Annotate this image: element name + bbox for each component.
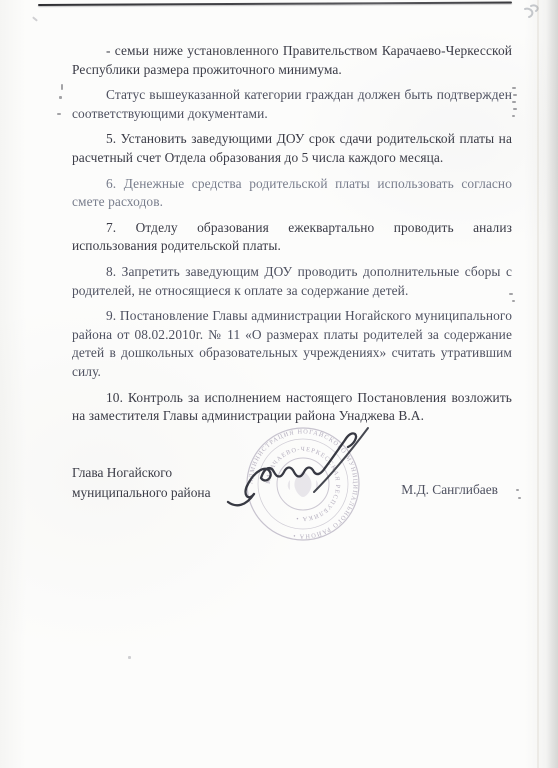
scan-artifact [518,497,521,499]
paragraph: Статус вышеуказанной категории граждан д… [72,86,512,123]
seal-and-signature: АДМИНИСТРАЦИЯ НОГАЙСКОГО МУНИЦИПАЛЬНОГО … [218,414,388,554]
scan-artifact [509,293,513,295]
scan-artifact [512,115,515,117]
scan-artifact [512,300,515,302]
paper-crease [537,0,539,768]
document-body: - семьи ниже установленного Правительств… [72,42,512,433]
scan-artifact [513,94,517,96]
paragraph: 7. Отделу образования ежеквартально пров… [72,219,512,256]
paragraph: 8. Запретить заведующим ДОУ проводить до… [72,263,512,300]
paragraph: 9. Постановление Главы администрации Ног… [72,307,512,381]
scan-artifact [512,101,516,103]
scanned-document-page: - семьи ниже установленного Правительств… [0,0,558,768]
signer-name: М.Д. Санглибаев [401,482,498,498]
signer-title-line2: муниципального района [72,483,211,503]
paragraph: - семьи ниже установленного Правительств… [72,42,512,79]
scan-artifact [32,16,38,21]
paragraph: 5. Установить заведующими ДОУ срок сдачи… [72,130,512,167]
scan-artifact [513,108,517,110]
scan-artifact [61,84,63,90]
scan-edge-shadow [546,0,558,768]
scan-artifact [57,113,61,115]
scan-artifact [512,87,516,89]
paragraph: 6. Денежные средства родительской платы … [72,175,512,212]
scan-edge-line [38,2,512,6]
scan-artifact [59,96,62,99]
signer-title: Глава Ногайского муниципального района [72,463,211,502]
scan-artifact [128,656,131,659]
scan-artifact [516,489,519,491]
signer-title-line1: Глава Ногайского [72,463,211,483]
